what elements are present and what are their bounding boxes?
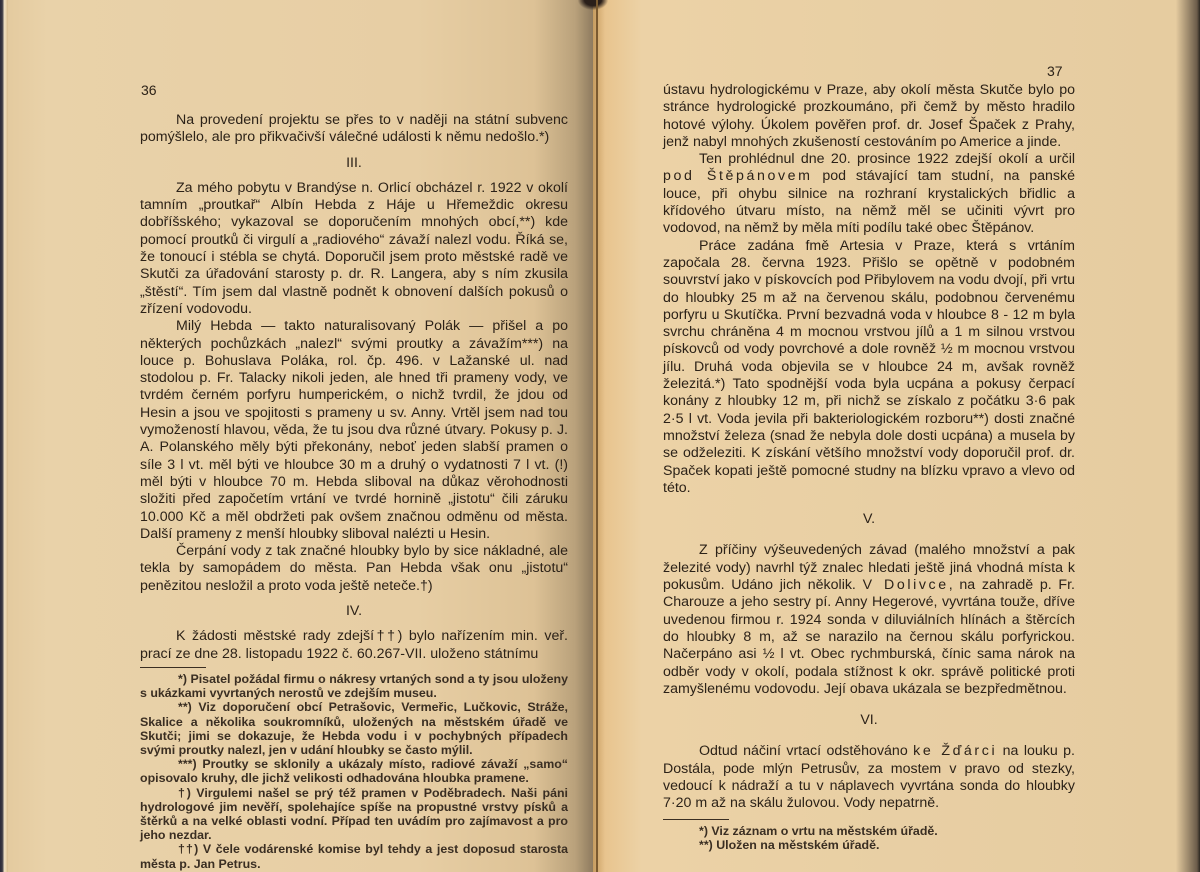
left-page: 36 Na provedení projektu se přes to v na… [0, 0, 593, 872]
paragraph: Milý Hebda — takto naturalisovaný Polák … [140, 318, 568, 543]
paragraph: Za mého pobytu v Brandýse n. Orlicí obch… [140, 180, 568, 318]
footnote: †) Virgulemi našel se prý též pramen v P… [140, 786, 568, 843]
footnote: **) Viz doporučení obcí Petrašovic, Verm… [140, 700, 568, 757]
book-spine [596, 0, 598, 872]
footnote-rule [663, 819, 729, 820]
footnote: ††) V čele vodárenské komise byl tehdy a… [140, 842, 568, 870]
spaced-emphasis: ke Žďárci [913, 743, 997, 759]
page-number: 36 [141, 82, 157, 98]
book-spread: 36 Na provedení projektu se přes to v na… [0, 0, 1200, 872]
section-heading: V. [663, 511, 1075, 528]
spine-shadow [578, 0, 608, 10]
paragraph: Čerpání vody z tak značné hloubky bylo b… [140, 543, 568, 595]
section-heading: VI. [663, 712, 1075, 729]
page-number: 37 [1047, 63, 1063, 79]
section-heading: III. [140, 155, 568, 172]
book-edge [0, 0, 8, 872]
paragraph: Z příčiny výšeuvedených závad (malého mn… [663, 542, 1075, 698]
footnotes: *) Viz záznam o vrtu na městském úřadě. … [663, 824, 1075, 852]
footnote: ***) Proutky se sklonily a ukázaly místo… [140, 757, 568, 785]
footnote-rule [140, 667, 206, 668]
paragraph: ústavu hydrologickému v Praze, aby okolí… [663, 82, 1075, 151]
paragraph: Ten prohlédnul dne 20. prosince 1922 zde… [663, 151, 1075, 237]
text-run: , na zahradě p. Fr. Charouze a jeho sest… [663, 577, 1075, 697]
text-run: Odtud náčiní vrtací odstěhováno [699, 743, 913, 759]
footnote: **) Uložen na městském úřadě. [699, 838, 1075, 852]
spaced-emphasis: pod Štěpánovem [663, 168, 813, 184]
left-page-text: Na provedení projektu se přes to v naděj… [140, 112, 568, 871]
section-heading: IV. [140, 603, 568, 620]
footnote: *) Viz záznam o vrtu na městském úřadě. [699, 824, 1075, 838]
paragraph: Na provedení projektu se přes to v naděj… [140, 112, 568, 147]
text-run: Ten prohlédnul dne 20. prosince 1922 zde… [699, 151, 1075, 167]
footnote: *) Pisatel požádal firmu o nákresy vrtan… [140, 672, 568, 700]
right-page-text: ústavu hydrologickému v Praze, aby okolí… [663, 82, 1075, 852]
paragraph: Práce zadána fmě Artesia v Praze, která … [663, 238, 1075, 497]
paragraph: Odtud náčiní vrtací odstěhováno ke Žďárc… [663, 743, 1075, 812]
footnotes: *) Pisatel požádal firmu o nákresy vrtan… [140, 672, 568, 871]
spaced-emphasis: V Dolivce [863, 577, 949, 593]
paragraph: K žádosti městské rady zdejší††) bylo na… [140, 628, 568, 663]
